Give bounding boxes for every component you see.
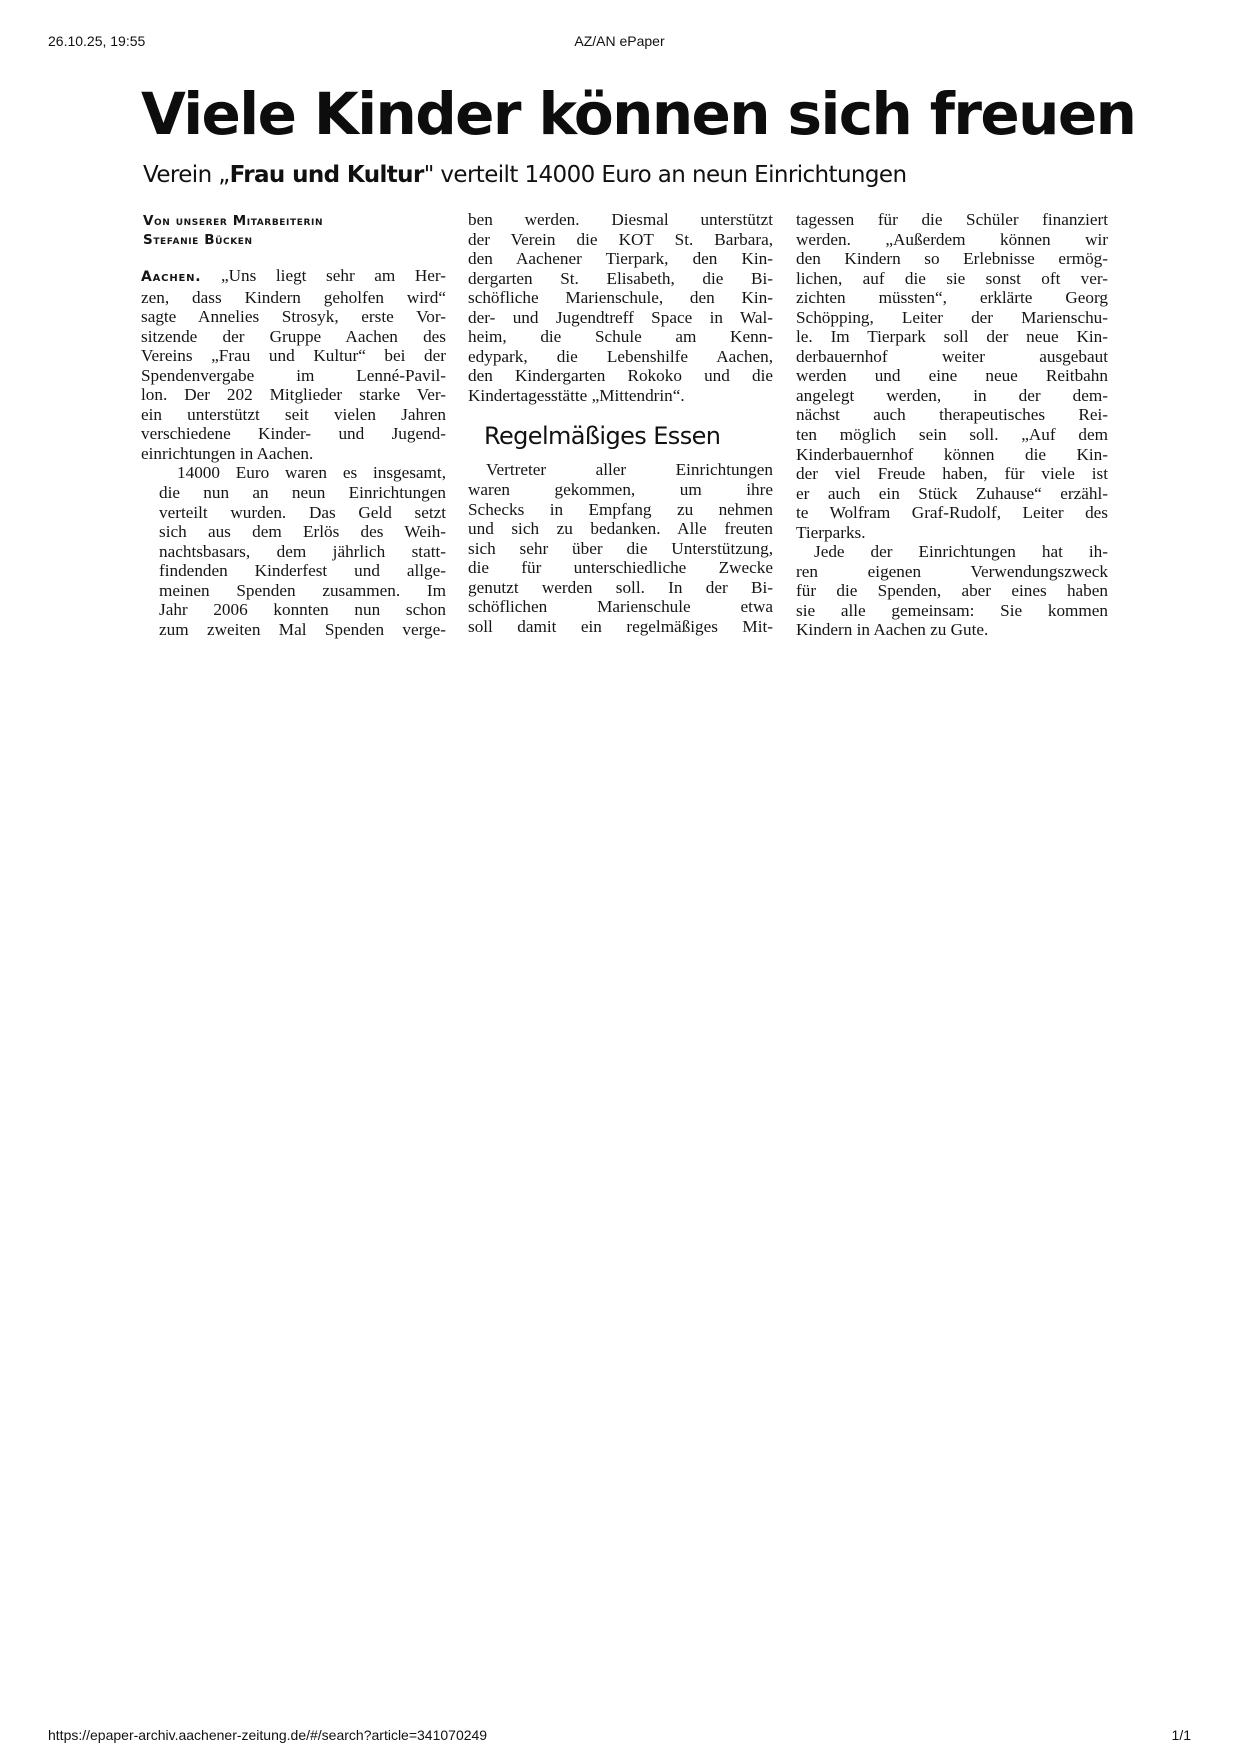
article-column-2: ben werden. Diesmal unterstützt der Vere… [468, 210, 773, 636]
article-headline: Viele Kinder können sich freuen [141, 80, 1108, 148]
byline: Von unserer Mitarbeiterin Stefanie Bücke… [143, 212, 446, 250]
article-column-1: Von unserer Mitarbeiterin Stefanie Bücke… [141, 210, 446, 639]
source-url[interactable]: https://epaper-archiv.aachener-zeitung.d… [48, 1727, 487, 1743]
page-number: 1/1 [1172, 1727, 1191, 1743]
subheadline-bold: Frau und Kultur [230, 162, 424, 188]
paragraph: 14000 Euro waren es insgesamt, die nun a… [141, 463, 446, 639]
article-subheadline: Verein „Frau und Kultur" verteilt 14000 … [143, 160, 1108, 190]
paragraph: Aachen. „Uns liegt sehr am Her- zen, das… [141, 266, 446, 463]
print-footer: https://epaper-archiv.aachener-zeitung.d… [0, 1727, 1239, 1747]
byline-role: Von unserer Mitarbeiterin [143, 212, 446, 231]
article: Viele Kinder können sich freuen Verein „… [141, 80, 1108, 190]
paragraph: Vertreter aller Einrichtungen waren geko… [468, 460, 773, 636]
print-header: 26.10.25, 19:55 AZ/AN ePaper [0, 33, 1239, 53]
byline-author: Stefanie Bücken [143, 231, 446, 250]
article-body: Von unserer Mitarbeiterin Stefanie Bücke… [141, 210, 1108, 690]
paragraph: tagessen für die Schüler finanziert werd… [796, 210, 1108, 542]
dateline: Aachen. [141, 269, 201, 285]
article-subhead: Regelmäßiges Essen [484, 422, 773, 450]
subheadline-post: " verteilt 14000 Euro an neun Einrichtun… [424, 162, 907, 188]
article-column-3: tagessen für die Schüler finanziert werd… [796, 210, 1108, 640]
paragraph: Jede der Einrichtungen hat ih- ren eigen… [796, 542, 1108, 640]
paragraph: ben werden. Diesmal unterstützt der Vere… [468, 210, 773, 405]
subheadline-pre: Verein „ [143, 162, 230, 188]
print-page-title: AZ/AN ePaper [0, 33, 1239, 49]
